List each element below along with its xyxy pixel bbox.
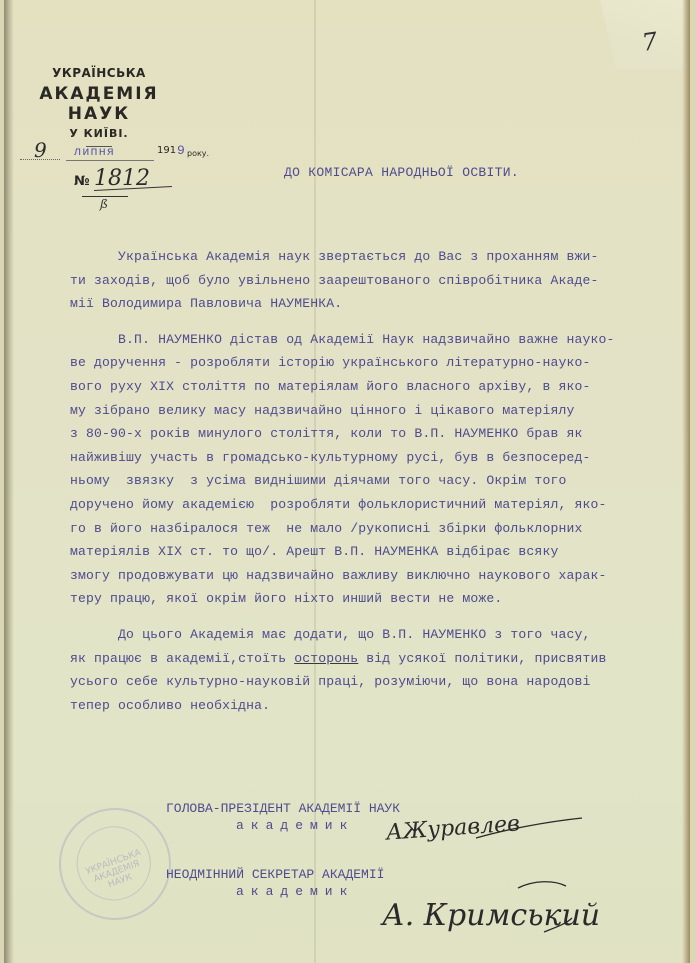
body-line: доручено йому академією розробляти фольк… [70,493,690,517]
page-edge-left [4,0,14,963]
date-day: 9 [34,138,47,162]
signature-block-secretary: НЕОДМІННИЙ СЕКРЕТАР АКАДЕМІЇ академик [166,867,384,899]
signature-flourish [474,812,584,842]
letterhead-institution: АКАДЕМІЯ НАУК [14,84,184,124]
body-line: ти заходів, щоб було увільнено заарештов… [70,269,690,293]
signature-flourish [514,878,574,938]
date-year-suffix: 9 [177,143,185,158]
body-line: В.П. НАУМЕНКО дістав од Академії Наук на… [70,328,690,352]
paragraph-1: Українська Академія наук звертається до … [70,245,690,316]
body-line: вого руху XIX століття по матеріялам йог… [70,375,690,399]
body-line: теру працю, якої окрім його ніхто инший … [70,587,690,611]
paragraph-2: В.П. НАУМЕНКО дістав од Академії Наук на… [70,328,690,611]
signatory-role: академик [236,884,384,899]
document-page: 7 УКРАЇНСЬКА АКАДЕМІЯ НАУК У КИЇВІ. 9 ли… [4,0,690,963]
date-month: липня [74,145,115,159]
underlined-word: осторонь [294,651,358,666]
letter-body: Українська Академія наук звертається до … [70,245,690,717]
body-text-segment: від усякої політики, присвятив [358,651,606,666]
body-line: ве доручення - розробляти історію україн… [70,351,690,375]
body-text-segment: як працює в академії,стоїть [70,651,294,666]
body-line: найживішу участь в громадсько-культурном… [70,446,690,470]
date-line: 9 липня 191 9 року. [14,144,214,164]
body-line: ньому звязку з усіма виднішими діячами т… [70,469,690,493]
letterhead-line-1: УКРАЇНСЬКА [14,66,184,80]
date-year-word: року. [187,149,209,158]
letterhead: УКРАЇНСЬКА АКАДЕМІЯ НАУК У КИЇВІ. [14,66,184,147]
date-month-underline [66,160,154,161]
signatory-title: НЕОДМІННИЙ СЕКРЕТАР АКАДЕМІЇ [166,867,384,882]
signature-block-president: ГОЛОВА-ПРЕЗІДЕНТ АКАДЕМІЇ НАУК академик [166,801,400,833]
body-line: матеріялів XIX ст. то що/. Арешт В.П. НА… [70,540,690,564]
body-line: мії Володимира Павловича НАУМЕНКА. [70,292,690,316]
addressee: ДО КОМІСАРА НАРОДНЬОЇ ОСВІТИ. [284,165,519,180]
body-line: тепер особливо необхідна. [70,694,690,718]
body-line: Українська Академія наук звертається до … [70,245,690,269]
body-line: змогу продовжувати цю надзвичайно важлив… [70,564,690,588]
body-line: з 80-90-х років минулого століття, коли … [70,422,690,446]
body-line: як працює в академії,стоїть осторонь від… [70,647,690,671]
body-line: До цього Академія має додати, що В.П. НА… [70,623,690,647]
reference-sub-mark: ß [100,197,108,211]
signatory-title: ГОЛОВА-ПРЕЗІДЕНТ АКАДЕМІЇ НАУК [166,801,400,816]
body-line: го в його назбіралося теж не мало /рукоп… [70,517,690,541]
reference-label: № [74,174,90,189]
date-year-prefix: 191 [157,145,176,156]
paragraph-3: До цього Академія має додати, що В.П. НА… [70,623,690,717]
stamp-text: УКРАЇНСЬКА АКАДЕМІЯ НАУК [78,845,156,898]
body-line: усього себе культурно-науковій праці, ро… [70,670,690,694]
reference-number: № 1812 [74,168,224,194]
stamp-inner-ring: УКРАЇНСЬКА АКАДЕМІЯ НАУК [66,816,161,911]
signatory-role: академик [236,818,400,833]
body-line: му зібрано велику масу надзвичайно цінно… [70,399,690,423]
